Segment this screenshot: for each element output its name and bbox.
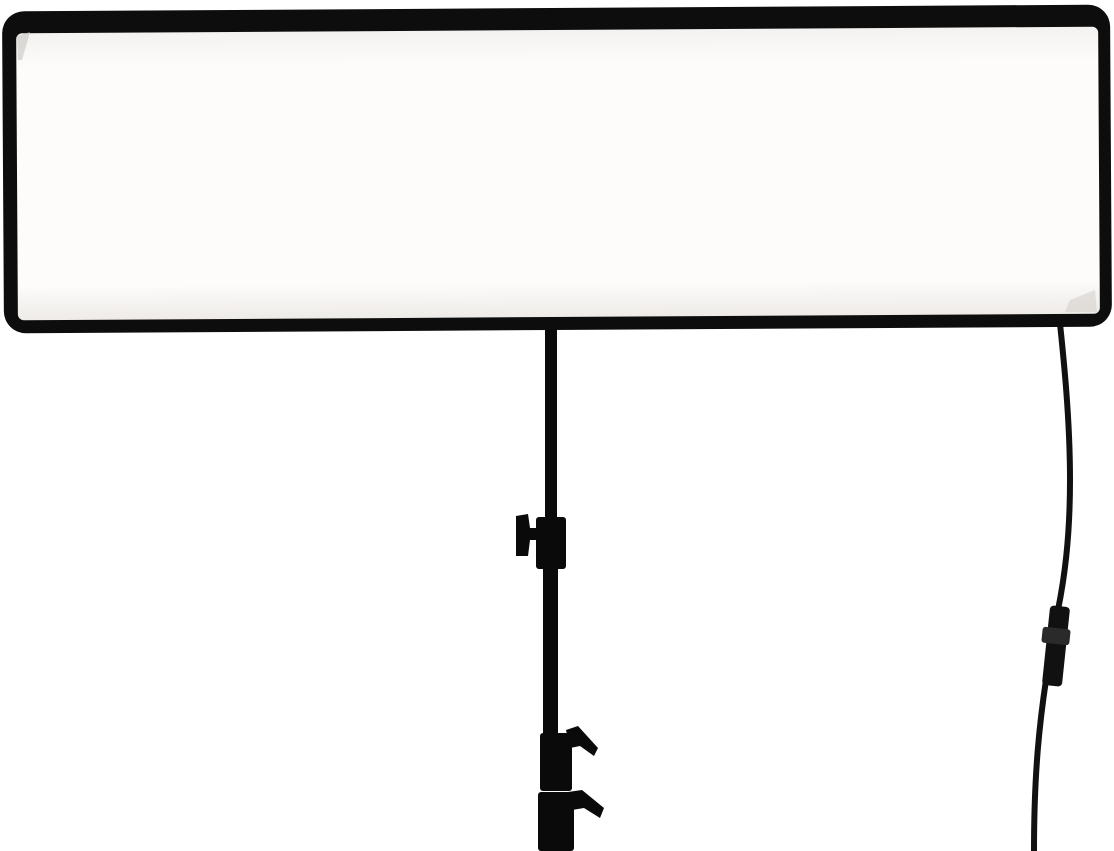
power-cable bbox=[1034, 305, 1071, 851]
panel-diffuser bbox=[16, 27, 1100, 321]
stand-middle-pole bbox=[543, 565, 558, 745]
cable-lower bbox=[1034, 680, 1046, 851]
light-panel bbox=[2, 5, 1112, 334]
cable-connector-ring bbox=[1041, 627, 1071, 646]
stand-clamp-lower-1 bbox=[540, 733, 572, 791]
cable-upper bbox=[1058, 305, 1070, 610]
stand-knob-upper bbox=[516, 514, 538, 556]
product-photo bbox=[0, 0, 1114, 851]
cable-connector bbox=[1042, 605, 1070, 687]
stand-clamp-lower-2 bbox=[538, 792, 574, 851]
stand-clamp-upper bbox=[536, 517, 566, 569]
stand-upper-pole bbox=[545, 318, 557, 538]
light-stand bbox=[516, 318, 604, 851]
